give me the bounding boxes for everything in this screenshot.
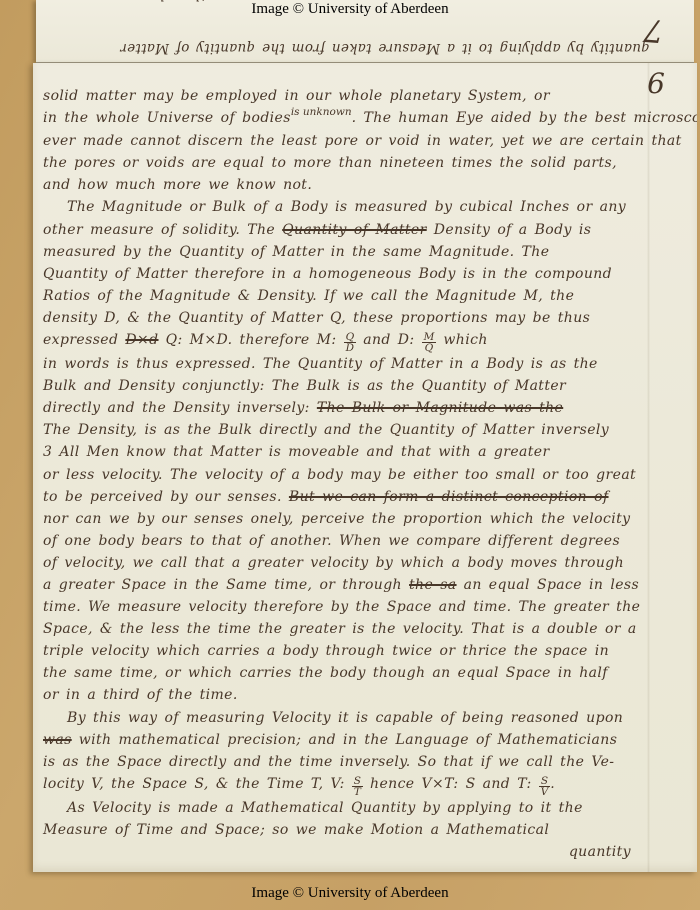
manuscript-line: in words is thus expressed. The Quantity… (43, 353, 673, 375)
manuscript-line: Measure of Time and Space; so we make Mo… (43, 819, 673, 841)
manuscript-page: 6 solid matter may be employed in our wh… (33, 63, 697, 872)
struck-text: Quantity of Matter (282, 222, 427, 238)
manuscript-line: By this way of measuring Velocity it is … (43, 707, 673, 729)
manuscript-line: Space, & the less the time the greater i… (43, 618, 673, 640)
struck-text: The Bulk or Magnitude was the (317, 400, 563, 416)
manuscript-line: is as the Space directly and the time in… (43, 751, 673, 773)
rotated-manuscript-line: quantity by applying to it a Measure tak… (96, 40, 674, 56)
inline-fraction: SV (539, 776, 551, 797)
inline-fraction: MQ (422, 332, 437, 353)
manuscript-line: ever made cannot discern the least pore … (43, 130, 673, 152)
manuscript-line: of velocity, we call that a greater velo… (43, 552, 673, 574)
struck-text: But we can form a distinct conception of (289, 489, 609, 505)
manuscript-line: Ratios of the Magnitude & Density. If we… (43, 285, 673, 307)
manuscript-line: was with mathematical precision; and in … (43, 729, 673, 751)
backing-board: quantity by applying to it a Measure tak… (0, 0, 700, 910)
manuscript-line: the same time, or which carries the body… (43, 662, 673, 684)
manuscript-line: measured by the Quantity of Matter in th… (43, 241, 673, 263)
manuscript-line: and how much more we know not. (43, 174, 673, 196)
manuscript-line: in the whole Universe of bodiesis unknow… (43, 107, 673, 130)
manuscript-line: density D, & the Quantity of Matter Q, t… (43, 307, 673, 329)
manuscript-line: The Magnitude or Bulk of a Body is measu… (43, 196, 673, 218)
inline-fraction: ST (352, 776, 363, 797)
copyright-caption-top: Image © University of Aberdeen (0, 1, 700, 18)
manuscript-line: of one body bears to that of another. Wh… (43, 530, 673, 552)
manuscript-line: the pores or voids are equal to more tha… (43, 152, 673, 174)
manuscript-line: other measure of solidity. The Quantity … (43, 219, 673, 241)
inline-fraction: QD (344, 332, 357, 353)
manuscript-line: The Density, is as the Bulk directly and… (43, 419, 673, 441)
struck-text: was (43, 732, 72, 748)
manuscript-line: time. We measure velocity therefore by t… (43, 596, 673, 618)
manuscript-line: directly and the Density inversely: The … (43, 397, 673, 419)
manuscript-line: 3 All Men know that Matter is moveable a… (43, 441, 673, 463)
manuscript-line: nor can we by our senses onely, perceive… (43, 508, 673, 530)
manuscript-line: to be perceived by our senses. But we ca… (43, 486, 673, 508)
struck-text: D×d (125, 332, 158, 348)
catchword-line: quantity (43, 841, 673, 863)
manuscript-line: triple velocity which carries a body thr… (43, 640, 673, 662)
manuscript-line: solid matter may be employed in our whol… (43, 85, 673, 107)
manuscript-line: As Velocity is made a Mathematical Quant… (43, 797, 673, 819)
struck-text: the sa (409, 577, 457, 593)
manuscript-line: or less velocity. The velocity of a body… (43, 464, 673, 486)
manuscript-line: expressed D×d Q: M×D. therefore M: QD an… (43, 329, 673, 353)
manuscript-line: a greater Space in the Same time, or thr… (43, 574, 673, 596)
inserted-text: is unknown (291, 106, 352, 118)
copyright-caption-bottom: Image © University of Aberdeen (0, 885, 700, 902)
manuscript-line: or in a third of the time. (43, 684, 673, 706)
manuscript-line: Quantity of Matter therefore in a homoge… (43, 263, 673, 285)
manuscript-line: locity V, the Space S, & the Time T, V: … (43, 773, 673, 797)
manuscript-text: solid matter may be employed in our whol… (43, 85, 673, 863)
manuscript-line: Bulk and Density conjunctly: The Bulk is… (43, 375, 673, 397)
